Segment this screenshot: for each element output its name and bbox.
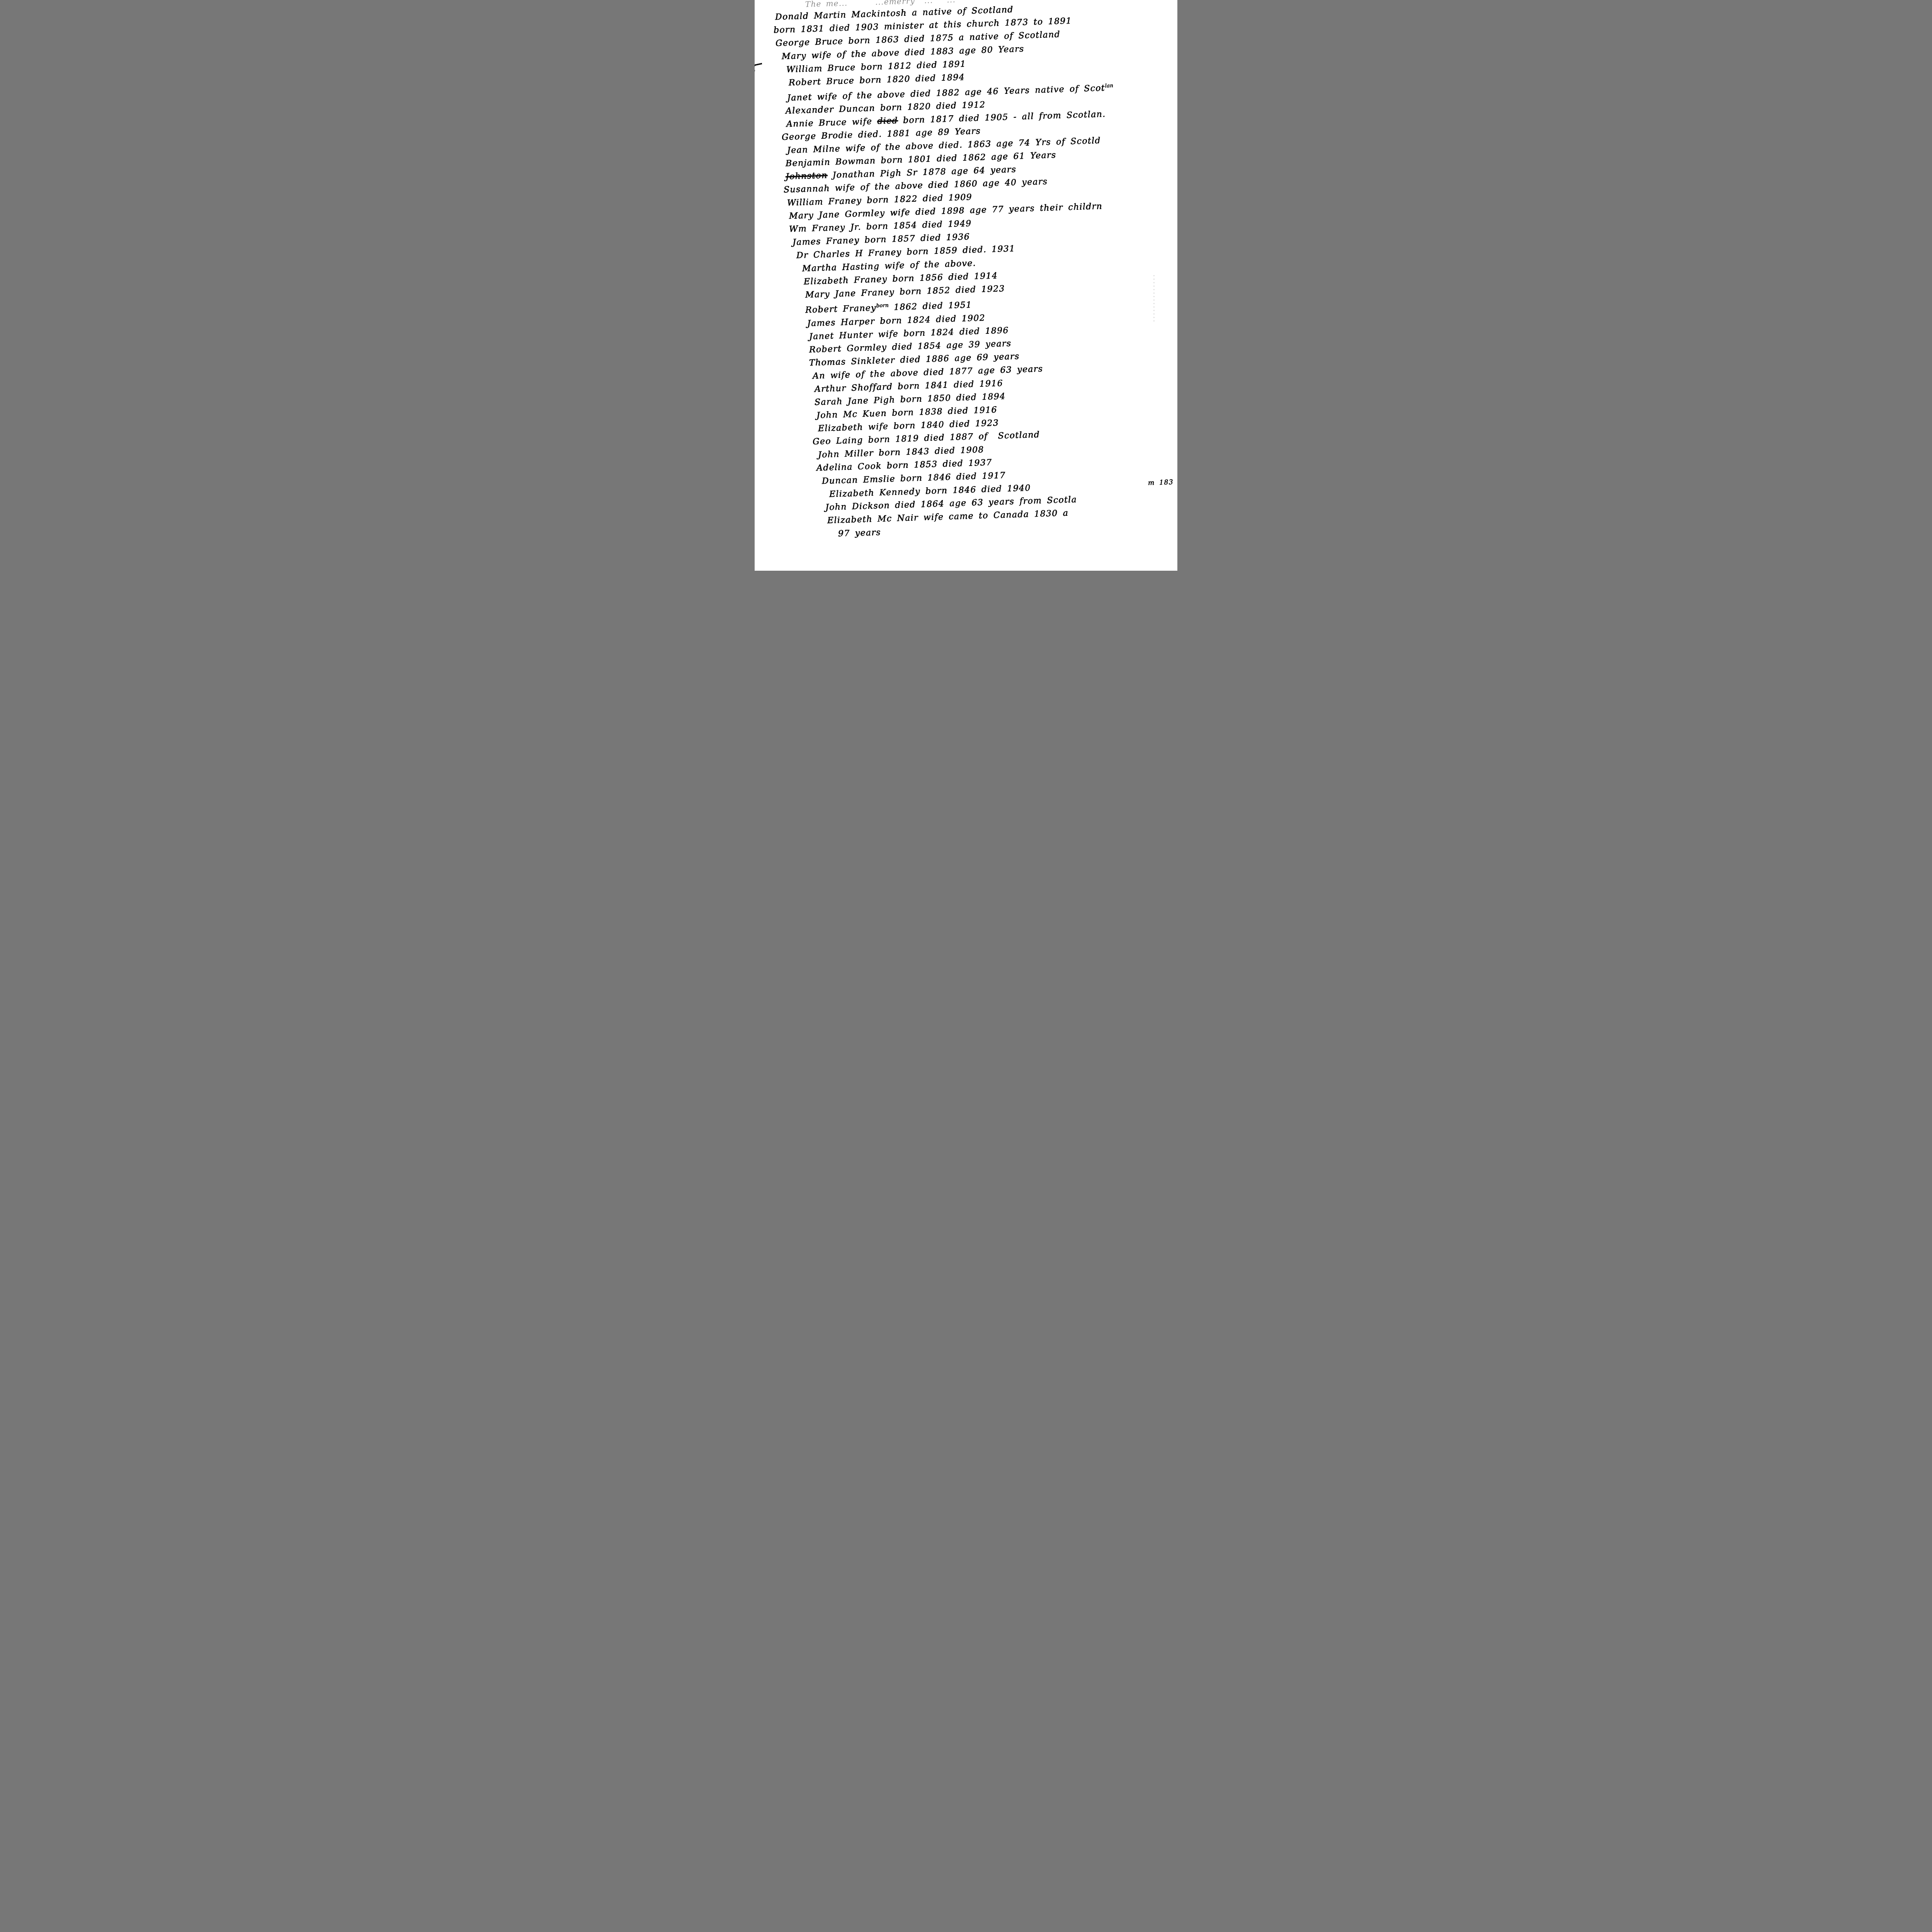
handwriting-lines: The me... ...emerry ... ...Donald Martin… (755, 0, 1177, 571)
text-segment: 1862 died 1951 (889, 300, 972, 313)
scanned-page: The me... ...emerry ... ...Donald Martin… (755, 0, 1177, 571)
text-segment: Annie Bruce wife (786, 117, 878, 129)
superscript-text: lan (1105, 83, 1114, 89)
scan-viewport: The me... ...emerry ... ...Donald Martin… (0, 0, 1932, 571)
strikethrough-text: died (877, 116, 898, 126)
margin-note: m 183 (1148, 476, 1173, 490)
text-segment: Robert Franey (805, 303, 876, 315)
text-segment: 97 years (838, 527, 881, 538)
superscript-text: born (876, 303, 889, 309)
strikethrough-text: Johnston (785, 171, 827, 182)
